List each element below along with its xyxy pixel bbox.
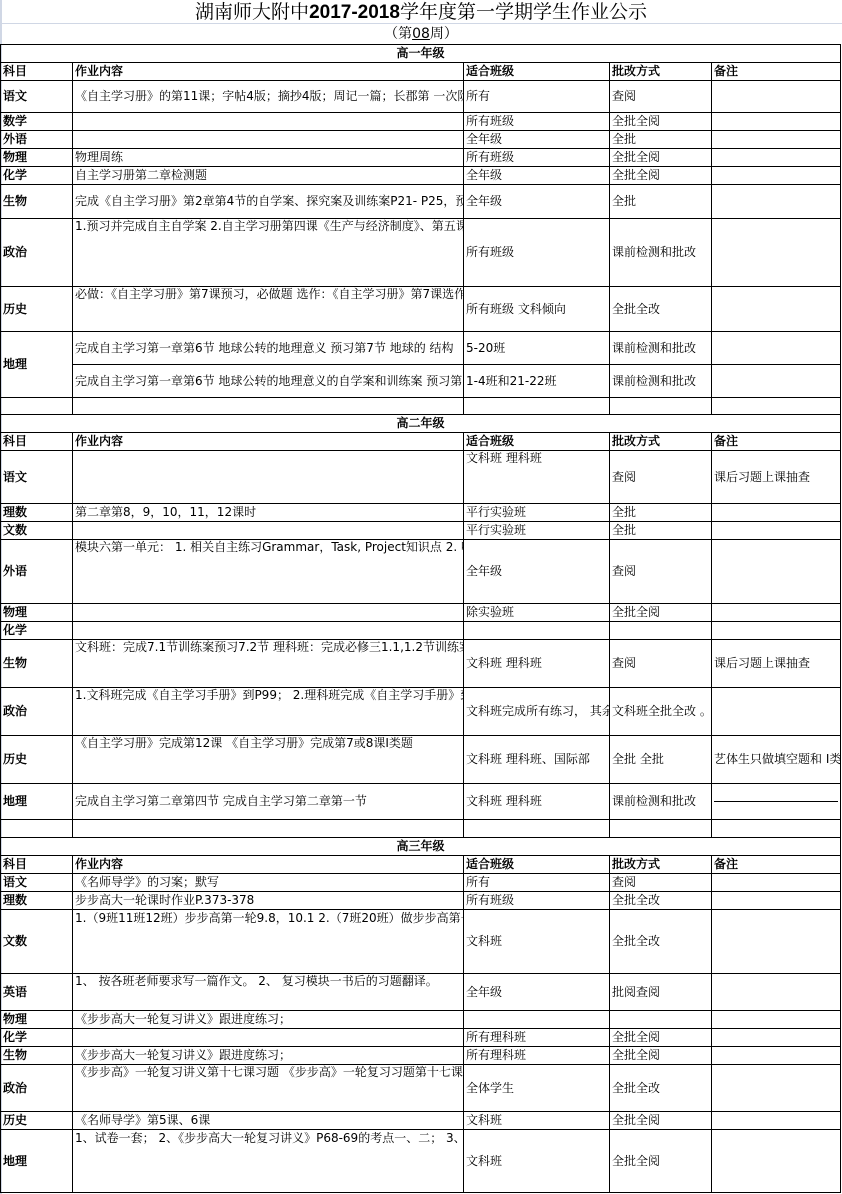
note-cell	[712, 974, 841, 1011]
classes-cell: 所有班级	[464, 219, 610, 287]
title-suffix: 学年度第一学期学生作业公示	[400, 1, 647, 23]
content-cell	[73, 820, 464, 838]
note-cell	[712, 149, 841, 167]
subject-cell: 生物	[1, 185, 73, 219]
content-cell	[73, 451, 464, 504]
marking-cell: 课前检测和批改	[610, 365, 712, 398]
subject-cell: 化学	[1, 622, 73, 640]
content-cell: 自主学习册第二章检测题	[73, 167, 464, 185]
note-cell: 课后习题上课抽查	[712, 451, 841, 504]
content-cell: 完成自主学习第一章第6节 地球公转的地理意义 预习第7节 地球的 结构	[73, 332, 464, 365]
table-row: 地理 完成自主学习第二章第四节 完成自主学习第二章第一节 文科班 理科班 课前检…	[1, 784, 841, 820]
note-cell	[712, 332, 841, 365]
marking-cell	[610, 1011, 712, 1029]
col-content: 作业内容	[73, 433, 464, 451]
table-row: 理数 步步高大一轮课时作业P.373-378 所有班级 全批全改	[1, 892, 841, 910]
marking-cell: 全批	[610, 131, 712, 149]
table-row: 外语 模块六第一单元： 1. 相关自主练习Grammar，Task, Proje…	[1, 540, 841, 604]
marking-cell: 全批	[610, 185, 712, 219]
content-cell	[73, 398, 464, 415]
classes-cell: 所有班级	[464, 892, 610, 910]
classes-cell: 所有理科班	[464, 1029, 610, 1047]
table-row: 语文 文科班 理科班 查阅 课后习题上课抽查	[1, 451, 841, 504]
classes-cell: 所有班级	[464, 113, 610, 131]
content-cell: 1、 按各班老师要求写一篇作文。 2、 复习模块一书后的习题翻译。	[73, 974, 464, 1011]
content-cell: 文科班：完成7.1节训练案预习7.2节 理科班：完成必修三1.1,1.2节训练案…	[73, 640, 464, 688]
table-row: 英语 1、 按各班老师要求写一篇作文。 2、 复习模块一书后的习题翻译。 全年级…	[1, 974, 841, 1011]
title-prefix: 湖南师大附中	[195, 1, 309, 23]
subject-cell: 文数	[1, 522, 73, 540]
note-cell	[712, 287, 841, 332]
grade-header-g3: 高三年级	[1, 838, 841, 856]
marking-cell: 批阅查阅	[610, 974, 712, 1011]
note-cell	[712, 81, 841, 113]
marking-cell: 课前检测和批改	[610, 784, 712, 820]
subject-cell	[1, 820, 73, 838]
week-prefix: （第	[384, 26, 412, 42]
subject-cell: 政治	[1, 219, 73, 287]
classes-cell: 1-4班和21-22班	[464, 365, 610, 398]
content-cell	[73, 131, 464, 149]
note-cell	[712, 820, 841, 838]
table-row: 化学	[1, 622, 841, 640]
subject-cell: 历史	[1, 287, 73, 332]
classes-cell: 全体学生	[464, 1065, 610, 1112]
note-cell	[712, 1011, 841, 1029]
content-cell	[73, 604, 464, 622]
marking-cell: 课前检测和批改	[610, 219, 712, 287]
subject-cell: 化学	[1, 167, 73, 185]
table-row: 数学 所有班级 全批全阅	[1, 113, 841, 131]
note-cell	[712, 398, 841, 415]
marking-cell: 查阅	[610, 81, 712, 113]
content-cell: 《自主学习册》完成第12课 《自主学习册》完成第7或8课Ⅰ类题	[73, 736, 464, 784]
marking-cell: 查阅	[610, 540, 712, 604]
marking-cell: 全批全阅	[610, 1112, 712, 1130]
subject-cell: 物理	[1, 1011, 73, 1029]
col-note: 备注	[712, 856, 841, 874]
table-row: 理数 第二章第8，9，10，11，12课时 平行实验班 全批	[1, 504, 841, 522]
subject-cell: 政治	[1, 688, 73, 736]
table-row: 物理 物理周练 所有班级 全批全阅	[1, 149, 841, 167]
table-row: 政治 1.预习并完成自主自学案 2.自主学习册第四课《生产与经济制度》、第五课 …	[1, 219, 841, 287]
note-cell	[712, 1029, 841, 1047]
table-row: 化学 所有理科班 全批全阅	[1, 1029, 841, 1047]
subject-cell: 英语	[1, 974, 73, 1011]
classes-cell: 文科班 理科班	[464, 451, 610, 504]
table-row: 语文 《自主学习册》的第11课；字帖4版；摘抄4版；周记一篇；长郡第 一次阶段考…	[1, 81, 841, 113]
subject-cell: 地理	[1, 332, 73, 398]
note-cell	[712, 874, 841, 892]
note-cell	[712, 1112, 841, 1130]
note-cell	[712, 113, 841, 131]
classes-cell: 全年级	[464, 540, 610, 604]
classes-cell: 文科班 理科班	[464, 784, 610, 820]
col-subject: 科目	[1, 63, 73, 81]
subject-cell: 理数	[1, 892, 73, 910]
table-row-empty	[1, 398, 841, 415]
classes-cell	[464, 622, 610, 640]
marking-cell: 全批 全批	[610, 736, 712, 784]
table-row: 物理 除实验班 全批全阅	[1, 604, 841, 622]
marking-cell: 全批全阅	[610, 1130, 712, 1193]
marking-cell: 全批全改	[610, 1065, 712, 1112]
subject-cell: 地理	[1, 1130, 73, 1193]
classes-cell: 文科班	[464, 1112, 610, 1130]
col-marking: 批改方式	[610, 433, 712, 451]
content-cell: 1.（9班11班12班）步步高第一轮9.8，10.1 2.（7班20班）做步步高…	[73, 910, 464, 974]
subject-cell: 化学	[1, 1029, 73, 1047]
col-content: 作业内容	[73, 856, 464, 874]
subject-cell: 生物	[1, 640, 73, 688]
table-row: 生物 完成《自主学习册》第2章第4节的自学案、探究案及训练案P21- P25，预…	[1, 185, 841, 219]
note-cell	[712, 910, 841, 974]
subject-cell: 物理	[1, 604, 73, 622]
col-content: 作业内容	[73, 63, 464, 81]
marking-cell: 查阅	[610, 451, 712, 504]
col-note: 备注	[712, 63, 841, 81]
subject-cell: 文数	[1, 910, 73, 974]
classes-cell: 文科班 理科班、国际部	[464, 736, 610, 784]
classes-cell: 文科班 理科班	[464, 640, 610, 688]
note-cell	[712, 1130, 841, 1193]
marking-cell: 全批全阅	[610, 167, 712, 185]
classes-cell: 文科班	[464, 910, 610, 974]
marking-cell: 全批全阅	[610, 1029, 712, 1047]
content-cell: 1.文科班完成《自主学习手册》到P99； 2.理科班完成《自主学习手册》到P82…	[73, 688, 464, 736]
content-cell: 《步步高大一轮复习讲义》跟进度练习；	[73, 1047, 464, 1065]
classes-cell: 所有	[464, 81, 610, 113]
marking-cell: 文科班全批全改 。理科班批阅。	[610, 688, 712, 736]
col-marking: 批改方式	[610, 63, 712, 81]
title-years: 2017-2018	[309, 2, 400, 23]
note-cell	[712, 1047, 841, 1065]
marking-cell: 全批全改	[610, 892, 712, 910]
classes-cell: 所有班级	[464, 149, 610, 167]
subject-cell: 地理	[1, 784, 73, 820]
content-cell: 完成《自主学习册》第2章第4节的自学案、探究案及训练案P21- P25，预习第2…	[73, 185, 464, 219]
content-cell: 《名师导学》第5课、6课	[73, 1112, 464, 1130]
content-cell	[73, 113, 464, 131]
classes-cell: 全年级	[464, 167, 610, 185]
table-row: 文数 平行实验班 全批	[1, 522, 841, 540]
table-row: 语文 《名师导学》的习案；默写 所有 查阅	[1, 874, 841, 892]
marking-cell: 全批全阅	[610, 149, 712, 167]
content-cell: 1.预习并完成自主自学案 2.自主学习册第四课《生产与经济制度》、第五课 《企业…	[73, 219, 464, 287]
table-row: 政治 1.文科班完成《自主学习手册》到P99； 2.理科班完成《自主学习手册》到…	[1, 688, 841, 736]
subject-cell: 物理	[1, 149, 73, 167]
content-cell: 《步步高大一轮复习讲义》跟进度练习；	[73, 1011, 464, 1029]
table-row: 地理 完成自主学习第一章第6节 地球公转的地理意义 预习第7节 地球的 结构 5…	[1, 332, 841, 365]
marking-cell: 全批全改	[610, 910, 712, 974]
homework-table: 高一年级 科目 作业内容 适合班级 批改方式 备注 语文 《自主学习册》的第11…	[0, 44, 841, 1193]
subject-cell: 政治	[1, 1065, 73, 1112]
note-cell	[712, 219, 841, 287]
content-cell: 《自主学习册》的第11课；字帖4版；摘抄4版；周记一篇；长郡第 一次阶段考卷。	[73, 81, 464, 113]
content-cell	[73, 622, 464, 640]
marking-cell: 课前检测和批改	[610, 332, 712, 365]
table-row: 历史 《自主学习册》完成第12课 《自主学习册》完成第7或8课Ⅰ类题 文科班 理…	[1, 736, 841, 784]
marking-cell	[610, 820, 712, 838]
note-cell	[712, 622, 841, 640]
note-cell	[712, 365, 841, 398]
table-row: 物理 《步步高大一轮复习讲义》跟进度练习；	[1, 1011, 841, 1029]
col-classes: 适合班级	[464, 433, 610, 451]
content-cell: 物理周练	[73, 149, 464, 167]
note-cell	[712, 892, 841, 910]
subject-cell: 外语	[1, 540, 73, 604]
week-subtitle: （第08周）	[0, 24, 842, 45]
classes-cell: 平行实验班	[464, 504, 610, 522]
document-title: 湖南师大附中2017-2018学年度第一学期学生作业公示	[0, 0, 842, 24]
table-row: 历史 《名师导学》第5课、6课 文科班 全批全阅	[1, 1112, 841, 1130]
column-header-row: 科目 作业内容 适合班级 批改方式 备注	[1, 856, 841, 874]
content-cell	[73, 1029, 464, 1047]
subject-cell: 数学	[1, 113, 73, 131]
grade-header-g1: 高一年级	[1, 45, 841, 63]
note-split	[714, 801, 838, 802]
note-cell	[712, 784, 841, 820]
classes-cell: 文科班完成所有练习， 其余班级完成基础练习 部分	[464, 688, 610, 736]
classes-cell: 所有班级 文科倾向	[464, 287, 610, 332]
marking-cell: 全批	[610, 522, 712, 540]
content-cell	[73, 522, 464, 540]
note-cell	[712, 131, 841, 149]
col-marking: 批改方式	[610, 856, 712, 874]
content-cell: 完成自主学习第二章第四节 完成自主学习第二章第一节	[73, 784, 464, 820]
subject-cell: 历史	[1, 736, 73, 784]
marking-cell	[610, 398, 712, 415]
note-cell	[712, 522, 841, 540]
content-cell: 《步步高》一轮复习讲义第十七课习题 《步步高》一轮复习习题第十七课习题	[73, 1065, 464, 1112]
marking-cell: 查阅	[610, 874, 712, 892]
week-number: 08	[412, 26, 430, 42]
col-subject: 科目	[1, 433, 73, 451]
content-cell: 1、试卷一套； 2、《步步高大一轮复习讲义》P68-69的考点一、二； 3、《步…	[73, 1130, 464, 1193]
classes-cell	[464, 398, 610, 415]
subject-cell	[1, 398, 73, 415]
col-classes: 适合班级	[464, 63, 610, 81]
marking-cell: 全批全阅	[610, 1047, 712, 1065]
subject-cell: 语文	[1, 451, 73, 504]
content-cell: 必做：《自主学习册》第7课预习，必做题 选作：《自主学习册》第7课选作题	[73, 287, 464, 332]
week-suffix: 周）	[430, 26, 458, 42]
note-cell: 艺体生只做填空题和 Ⅰ类题	[712, 736, 841, 784]
table-row: 化学 自主学习册第二章检测题 全年级 全批全阅	[1, 167, 841, 185]
grade-header-g2: 高二年级	[1, 415, 841, 433]
note-cell	[712, 167, 841, 185]
classes-cell: 全年级	[464, 974, 610, 1011]
classes-cell: 全年级	[464, 185, 610, 219]
note-cell	[712, 540, 841, 604]
subject-cell: 语文	[1, 81, 73, 113]
classes-cell: 所有	[464, 874, 610, 892]
marking-cell: 全批全改	[610, 287, 712, 332]
content-cell: 步步高大一轮课时作业P.373-378	[73, 892, 464, 910]
column-header-row: 科目 作业内容 适合班级 批改方式 备注	[1, 433, 841, 451]
classes-cell: 除实验班	[464, 604, 610, 622]
note-cell	[712, 688, 841, 736]
content-cell: 完成自主学习第一章第6节 地球公转的地理意义的自学案和训练案 预习第7节 地球的…	[73, 365, 464, 398]
table-row: 生物 《步步高大一轮复习讲义》跟进度练习； 所有理科班 全批全阅	[1, 1047, 841, 1065]
table-row: 地理 1、试卷一套； 2、《步步高大一轮复习讲义》P68-69的考点一、二； 3…	[1, 1130, 841, 1193]
table-row-empty	[1, 820, 841, 838]
note-cell	[712, 1065, 841, 1112]
classes-cell: 所有理科班	[464, 1047, 610, 1065]
note-cell	[712, 604, 841, 622]
note-cell: 课后习题上课抽查	[712, 640, 841, 688]
content-cell: 模块六第一单元： 1. 相关自主练习Grammar，Task, Project知…	[73, 540, 464, 604]
classes-cell: 5-20班	[464, 332, 610, 365]
table-row: 文数 1.（9班11班12班）步步高第一轮9.8，10.1 2.（7班20班）做…	[1, 910, 841, 974]
spreadsheet-page: 湖南师大附中2017-2018学年度第一学期学生作业公示 （第08周） 高一年级…	[0, 0, 842, 1194]
marking-cell: 查阅	[610, 640, 712, 688]
subject-cell: 语文	[1, 874, 73, 892]
table-row: 完成自主学习第一章第6节 地球公转的地理意义的自学案和训练案 预习第7节 地球的…	[1, 365, 841, 398]
classes-cell: 平行实验班	[464, 522, 610, 540]
marking-cell: 全批全阅	[610, 113, 712, 131]
table-row: 生物 文科班：完成7.1节训练案预习7.2节 理科班：完成必修三1.1,1.2节…	[1, 640, 841, 688]
subject-cell: 外语	[1, 131, 73, 149]
table-row: 外语 全年级 全批	[1, 131, 841, 149]
subject-cell: 历史	[1, 1112, 73, 1130]
classes-cell	[464, 1011, 610, 1029]
subject-cell: 生物	[1, 1047, 73, 1065]
table-row: 历史 必做：《自主学习册》第7课预习，必做题 选作：《自主学习册》第7课选作题 …	[1, 287, 841, 332]
content-cell: 《名师导学》的习案；默写	[73, 874, 464, 892]
col-classes: 适合班级	[464, 856, 610, 874]
classes-cell: 全年级	[464, 131, 610, 149]
col-note: 备注	[712, 433, 841, 451]
marking-cell: 全批全阅	[610, 604, 712, 622]
classes-cell: 文科班	[464, 1130, 610, 1193]
content-cell: 第二章第8，9，10，11，12课时	[73, 504, 464, 522]
note-cell	[712, 185, 841, 219]
marking-cell	[610, 622, 712, 640]
note-cell	[712, 504, 841, 522]
subject-cell: 理数	[1, 504, 73, 522]
table-row: 政治 《步步高》一轮复习讲义第十七课习题 《步步高》一轮复习习题第十七课习题 全…	[1, 1065, 841, 1112]
column-header-row: 科目 作业内容 适合班级 批改方式 备注	[1, 63, 841, 81]
col-subject: 科目	[1, 856, 73, 874]
classes-cell	[464, 820, 610, 838]
marking-cell: 全批	[610, 504, 712, 522]
